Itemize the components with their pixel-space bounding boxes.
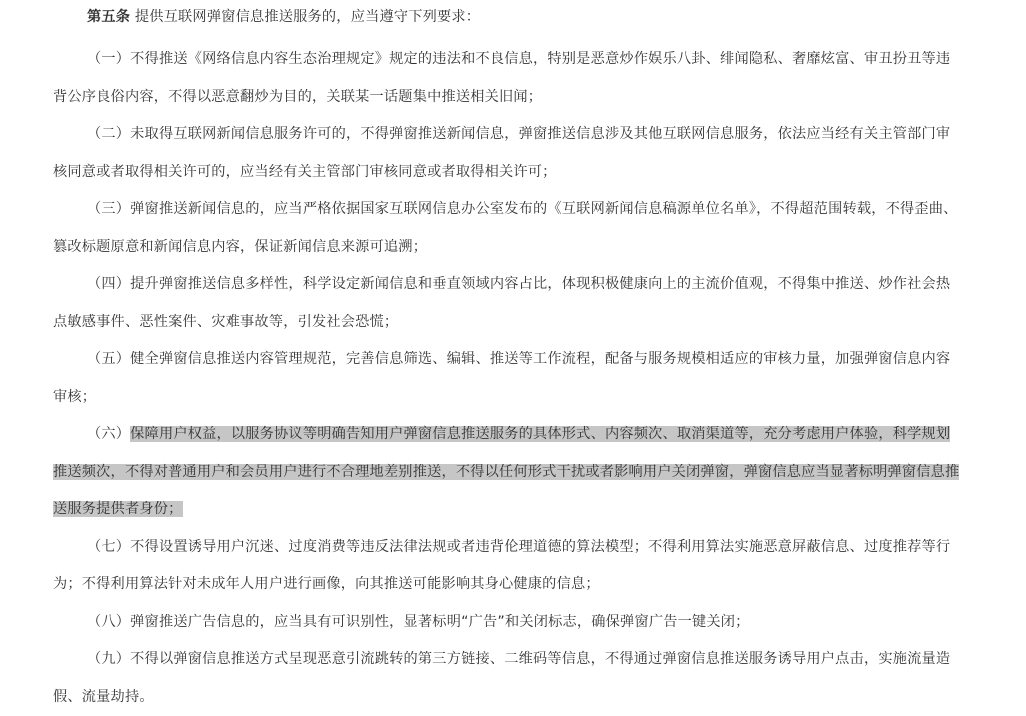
clause-4: （四）提升弹窗推送信息多样性，科学设定新闻信息和垂直领域内容占比，体现积极健康向… (53, 266, 960, 341)
clause-marker: （九） (87, 651, 130, 667)
selected-text-highlight[interactable]: 保障用户权益，以服务协议等明确告知用户弹窗信息推送服务的具体形式、内容频次、取消… (53, 426, 959, 517)
clause-6: （六）保障用户权益，以服务协议等明确告知用户弹窗信息推送服务的具体形式、内容频次… (53, 416, 960, 529)
clause-2: （二）未取得互联网新闻信息服务许可的，不得弹窗推送新闻信息，弹窗推送信息涉及其他… (53, 116, 960, 191)
article-intro: 提供互联网弹窗信息推送服务的，应当遵守下列要求： (130, 9, 480, 25)
clause-text: 弹窗推送新闻信息的，应当严格依据国家互联网信息办公室发布的《互联网新闻信息稿源单… (53, 201, 958, 255)
clause-marker: （五） (87, 351, 130, 367)
clause-marker: （六） (87, 426, 130, 442)
clause-text: 不得以弹窗信息推送方式呈现恶意引流跳转的第三方链接、二维码等信息，不得通过弹窗信… (53, 651, 950, 705)
article-number: 第五条 (87, 9, 130, 25)
clause-text: 未取得互联网新闻信息服务许可的，不得弹窗推送新闻信息，弹窗推送信息涉及其他互联网… (53, 126, 950, 180)
clause-marker: （一） (87, 51, 130, 67)
document-body: 第五条 提供互联网弹窗信息推送服务的，应当遵守下列要求： （一）不得推送《网络信… (53, 0, 960, 716)
clause-7: （七）不得设置诱导用户沉迷、过度消费等违反法律法规或者违背伦理道德的算法模型；不… (53, 529, 960, 604)
clause-3: （三）弹窗推送新闻信息的，应当严格依据国家互联网信息办公室发布的《互联网新闻信息… (53, 191, 960, 266)
clause-text: 健全弹窗信息推送内容管理规范，完善信息筛选、编辑、推送等工作流程，配备与服务规模… (53, 351, 950, 405)
clause-text: 弹窗推送广告信息的，应当具有可识别性，显著标明“广告”和关闭标志，确保弹窗广告一… (130, 614, 749, 630)
clause-marker: （四） (87, 276, 130, 292)
clause-5: （五）健全弹窗信息推送内容管理规范，完善信息筛选、编辑、推送等工作流程，配备与服… (53, 341, 960, 416)
clause-text: 不得推送《网络信息内容生态治理规定》规定的违法和不良信息，特别是恶意炒作娱乐八卦… (53, 51, 950, 105)
clause-text: 不得设置诱导用户沉迷、过度消费等违反法律法规或者违背伦理道德的算法模型；不得利用… (53, 539, 950, 593)
article-heading: 第五条 提供互联网弹窗信息推送服务的，应当遵守下列要求： (53, 0, 960, 35)
clause-text: 提升弹窗推送信息多样性，科学设定新闻信息和垂直领域内容占比，体现积极健康向上的主… (53, 276, 950, 330)
clause-9: （九）不得以弹窗信息推送方式呈现恶意引流跳转的第三方链接、二维码等信息，不得通过… (53, 641, 960, 716)
clause-marker: （八） (87, 614, 130, 630)
clause-marker: （三） (87, 201, 130, 217)
clause-marker: （二） (87, 126, 130, 142)
clause-1: （一）不得推送《网络信息内容生态治理规定》规定的违法和不良信息，特别是恶意炒作娱… (53, 41, 960, 116)
clause-marker: （七） (87, 539, 130, 555)
clause-8: （八）弹窗推送广告信息的，应当具有可识别性，显著标明“广告”和关闭标志，确保弹窗… (53, 604, 960, 642)
